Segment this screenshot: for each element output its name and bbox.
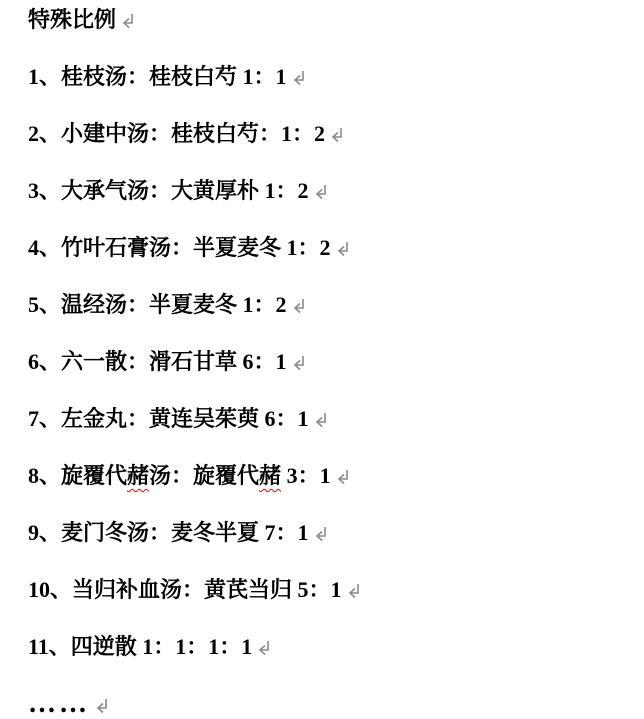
paragraph: 9、麦门冬汤：麦冬半夏 7：1 bbox=[28, 522, 634, 546]
paragraph: 4、竹叶石膏汤：半夏麦冬 1：2 bbox=[28, 237, 634, 261]
paragraph: 3、大承气汤：大黄厚朴 1：2 bbox=[28, 180, 634, 204]
text-run: 5、温经汤：半夏麦冬 1：2 bbox=[28, 292, 287, 317]
text-run: 4、竹叶石膏汤：半夏麦冬 1：2 bbox=[28, 235, 331, 260]
document-content: 特殊比例1、桂枝汤：桂枝白芍 1：12、小建中汤：桂枝白芍：1：23、大承气汤：… bbox=[28, 9, 634, 718]
paragraph: 10、当归补血汤：黄芪当归 5：1 bbox=[28, 579, 634, 603]
paragraph: 2、小建中汤：桂枝白芍：1：2 bbox=[28, 123, 634, 147]
document-title: 特殊比例 bbox=[28, 9, 634, 33]
paragraph: 8、旋覆代赭汤：旋覆代赭 3：1 bbox=[28, 465, 634, 489]
misspelled-word: 赭 bbox=[127, 463, 149, 488]
paragraph-mark-icon bbox=[329, 125, 344, 147]
text-run: 1、桂枝汤：桂枝白芍 1：1 bbox=[28, 64, 287, 89]
paragraph-mark-icon bbox=[313, 410, 328, 432]
text-run: 10、当归补血汤：黄芪当归 5：1 bbox=[28, 577, 342, 602]
paragraph-mark-icon bbox=[291, 68, 306, 90]
text-run: 11、四逆散 1：1：1：1 bbox=[28, 634, 252, 659]
text-run: 9、麦门冬汤：麦冬半夏 7：1 bbox=[28, 520, 309, 545]
paragraph: …… bbox=[28, 693, 634, 718]
paragraph-mark-icon bbox=[346, 581, 361, 603]
paragraph-mark-icon bbox=[335, 467, 350, 489]
text-run: 6、六一散：滑石甘草 6：1 bbox=[28, 349, 287, 374]
text-run: 2、小建中汤：桂枝白芍：1：2 bbox=[28, 121, 325, 146]
paragraph: 5、温经汤：半夏麦冬 1：2 bbox=[28, 294, 634, 318]
ellipsis-text: …… bbox=[28, 688, 90, 719]
paragraph-mark-icon bbox=[313, 182, 328, 204]
misspelled-word: 赭 bbox=[259, 463, 281, 488]
text-run: 汤：旋覆代 bbox=[149, 463, 259, 488]
paragraph: 1、桂枝汤：桂枝白芍 1：1 bbox=[28, 66, 634, 90]
paragraph-mark-icon bbox=[335, 239, 350, 261]
text-run: 特殊比例 bbox=[28, 7, 116, 32]
paragraph-mark-icon bbox=[313, 524, 328, 546]
document-page[interactable]: 特殊比例1、桂枝汤：桂枝白芍 1：12、小建中汤：桂枝白芍：1：23、大承气汤：… bbox=[0, 0, 644, 719]
paragraph-mark-icon bbox=[120, 11, 135, 33]
paragraph: 6、六一散：滑石甘草 6：1 bbox=[28, 351, 634, 375]
text-run: 3：1 bbox=[281, 463, 331, 488]
text-run: 3、大承气汤：大黄厚朴 1：2 bbox=[28, 178, 309, 203]
paragraph-mark-icon bbox=[291, 353, 306, 375]
paragraph-mark-icon bbox=[256, 638, 271, 660]
text-run: 7、左金丸：黄连吴茱萸 6：1 bbox=[28, 406, 309, 431]
paragraph-mark-icon bbox=[94, 696, 109, 718]
paragraph: 7、左金丸：黄连吴茱萸 6：1 bbox=[28, 408, 634, 432]
text-run: 8、旋覆代 bbox=[28, 463, 127, 488]
paragraph-mark-icon bbox=[291, 296, 306, 318]
paragraph: 11、四逆散 1：1：1：1 bbox=[28, 636, 634, 660]
